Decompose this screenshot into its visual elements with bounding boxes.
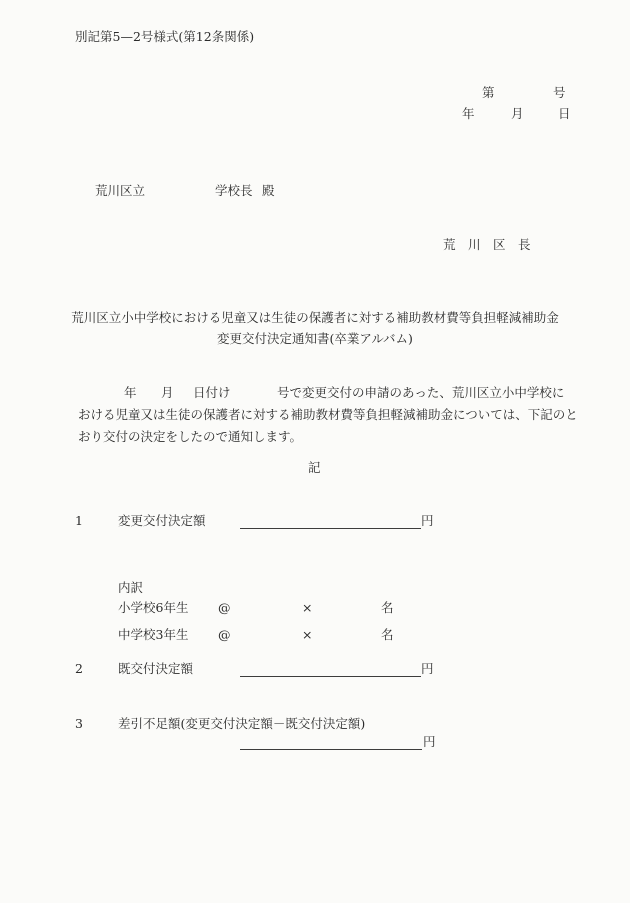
item1-number: 1: [75, 513, 83, 529]
body-day-label: 日付け: [193, 385, 231, 401]
record-mark: 記: [308, 460, 321, 476]
breakdown-row1-times: ×: [302, 600, 312, 616]
body-line1-rest: 号で変更交付の申請のあった、荒川区立小中学校に: [277, 385, 564, 401]
date-month-label: 月: [511, 106, 524, 122]
document-title-line1: 荒川区立小中学校における児童又は生徒の保護者に対する補助教材費等負担軽減補助金: [0, 310, 630, 326]
breakdown-label: 内訳: [118, 580, 143, 596]
document-page: 別記第5—2号様式(第12条関係) 第 号 年 月 日 荒川区立 学校長 殿 荒…: [0, 0, 630, 903]
item3-number: 3: [75, 716, 83, 732]
doc-number-suffix: 号: [553, 85, 566, 101]
item3-label: 差引不足額(変更交付決定額－既交付決定額): [118, 716, 365, 732]
item2-unit: 円: [421, 661, 434, 677]
body-line2: おける児童又は生徒の保護者に対する補助教材費等負担軽減補助金については、下記のと: [78, 407, 578, 423]
item3-unit: 円: [423, 734, 436, 750]
doc-number-prefix: 第: [482, 85, 495, 101]
form-number-note: 別記第5—2号様式(第12条関係): [75, 29, 254, 45]
item1-amount-blank: [240, 513, 421, 529]
breakdown-row2-label: 中学校3年生: [118, 627, 188, 643]
date-year-label: 年: [462, 106, 475, 122]
body-year-label: 年: [124, 385, 137, 401]
body-month-label: 月: [161, 385, 174, 401]
item1-unit: 円: [421, 513, 434, 529]
item2-label: 既交付決定額: [118, 661, 193, 677]
addressee-principal: 学校長: [215, 183, 253, 199]
document-title-line2: 変更交付決定通知書(卒業アルバム): [0, 331, 630, 347]
breakdown-row1-unit: 名: [381, 600, 394, 616]
breakdown-row1-at: @: [218, 600, 231, 616]
breakdown-row2-times: ×: [302, 627, 312, 643]
item1-label: 変更交付決定額: [118, 513, 206, 529]
breakdown-row2-unit: 名: [381, 627, 394, 643]
item2-number: 2: [75, 661, 83, 677]
breakdown-row1-label: 小学校6年生: [118, 600, 188, 616]
body-line3: おり交付の決定をしたので通知します。: [78, 429, 302, 445]
addressee-honorific: 殿: [262, 183, 275, 199]
item2-amount-blank: [240, 661, 421, 677]
addressee-ward: 荒川区立: [95, 183, 145, 199]
breakdown-row2-at: @: [218, 627, 231, 643]
date-day-label: 日: [558, 106, 571, 122]
item3-amount-blank: [240, 734, 422, 750]
sender-name: 荒 川 区 長: [443, 237, 531, 253]
